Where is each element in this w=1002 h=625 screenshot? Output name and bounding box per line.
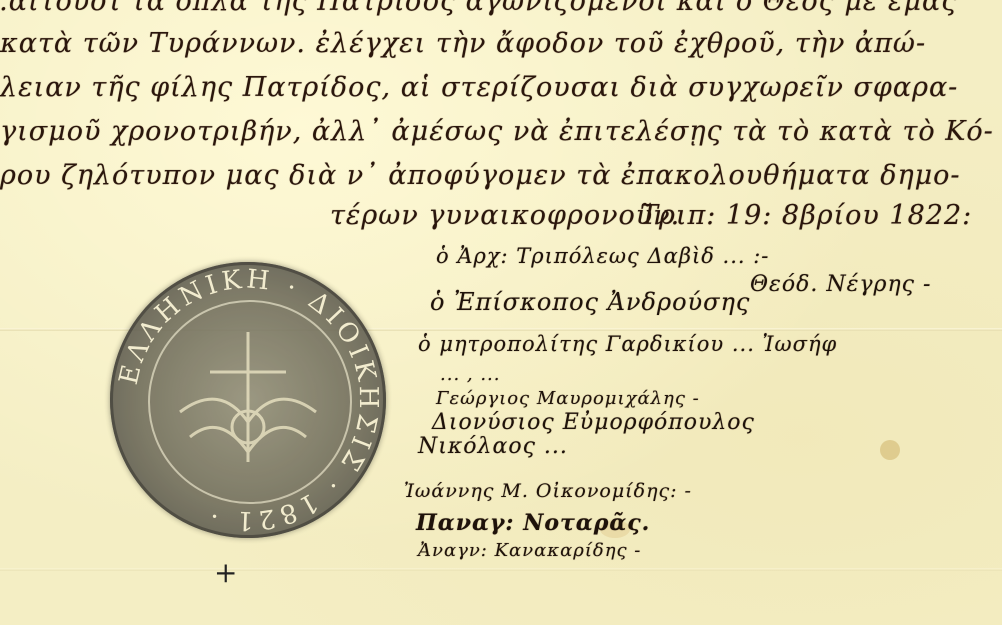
wax-seal: ΕΛΛΗΝΙΚΗ · ΔΙΟΙΚΗΣΙΣ · 1821 · <box>110 262 386 538</box>
side-signature: Θεόδ. Νέγρης - <box>750 272 931 297</box>
manuscript-line-2: κατὰ τῶν Τυράννων. ἐλέγχει τὴν ἄφοδον το… <box>0 28 926 59</box>
manuscript-line-6: τέρων γυναικοφρονοῦν. <box>330 200 680 231</box>
signature-7: Νικόλαος ... <box>418 434 568 459</box>
signature-5: Γεώργιος Μαυρομιχάλης - <box>436 388 700 409</box>
cross-mark: + <box>214 556 237 589</box>
signature-2: ὁ Ἐπίσκοπος Ἀνδρούσης <box>430 288 750 316</box>
seal-emblem-icon: ΕΛΛΗΝΙΚΗ · ΔΙΟΙΚΗΣΙΣ · 1821 · <box>110 262 386 538</box>
date-line: Τριπ: 19: 8βρίου 1822: <box>640 200 972 231</box>
paper-fold-line <box>0 568 1002 571</box>
manuscript-line-3: λειαν τῆς φίλης Πατρίδος, αἱ στερίζουσαι… <box>0 72 958 103</box>
signature-3: ὁ μητροπολίτης Γαρδικίου ... Ἰωσήφ <box>418 332 837 356</box>
paper-stain <box>880 440 900 460</box>
signature-8: Ἰωάννης Μ. Οἰκονομίδης: - <box>404 480 692 502</box>
manuscript-line-5: ρου ζηλότυπον μας διὰ ν᾽ ἀποφύγομεν τὰ ἐ… <box>0 160 961 191</box>
signature-10: Ἀναγν: Κανακαρίδης - <box>418 540 641 561</box>
manuscript-line-4: γισμοῦ χρονοτριβήν, ἀλλ᾽ ἀμέσως νὰ ἐπιτε… <box>0 116 994 147</box>
signature-1: ὁ Ἀρχ: Τριπόλεως Δαβὶδ ... :- <box>436 244 769 268</box>
signature-6: Διονύσιος Εὐμορφόπουλος <box>432 410 755 435</box>
signature-4: ... , ... <box>440 364 501 385</box>
manuscript-line-1: ...αἰτοῦσι τὰ ὅπλα τῆς Πατρίδος ἀγωνιζόμ… <box>0 0 957 17</box>
signature-9: Παναγ: Νοταρᾶς. <box>416 510 650 536</box>
